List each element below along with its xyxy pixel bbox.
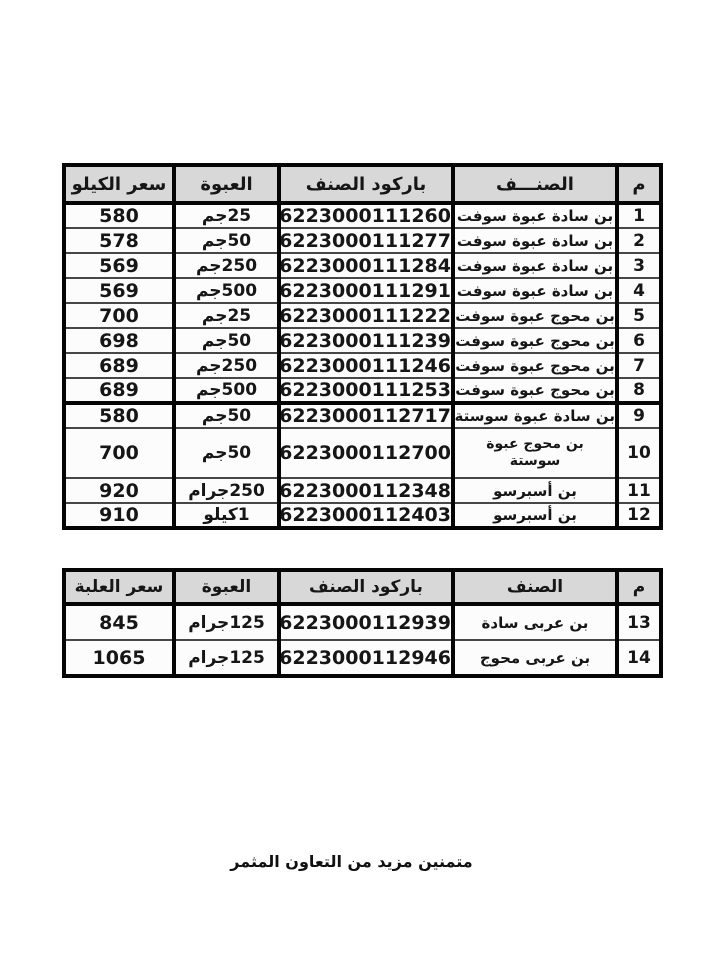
table-row: 13بن عربى سادة6223000112939125جرام845 [64, 604, 661, 640]
cell-no: 2 [617, 228, 661, 253]
cell-price: 920 [64, 478, 174, 503]
cell-pack: 50جم [174, 403, 279, 428]
cell-price: 910 [64, 503, 174, 528]
cell-price: 689 [64, 378, 174, 403]
cell-name: بن محوج عبوة سوفت [453, 353, 617, 378]
table-row: 5بن محوج عبوة سوفت622300011122225جم700 [64, 303, 661, 328]
table2-header: م الصنف باركود الصنف العبوة سعر العلبة [64, 570, 661, 604]
cell-name: بن سادة عبوة سوفت [453, 278, 617, 303]
table-row: 11بن أسبرسو6223000112348250جرام920 [64, 478, 661, 503]
header-row: م الصنـــف باركود الصنف العبوة سعر الكيل… [64, 165, 661, 203]
cell-pack: 125جرام [174, 640, 279, 676]
cell-no: 8 [617, 378, 661, 403]
cell-barcode: 6223000112348 [279, 478, 453, 503]
header-cell-barcode: باركود الصنف [279, 570, 453, 604]
table1-block-soft: 1بن سادة عبوة سوفت622300011126025جم5802ب… [64, 203, 661, 403]
cell-no: 1 [617, 203, 661, 228]
table-row: 8بن محوج عبوة سوفت6223000111253500جم689 [64, 378, 661, 403]
table-row: 4بن سادة عبوة سوفت6223000111291500جم569 [64, 278, 661, 303]
table-row: 6بن محوج عبوة سوفت622300011123950جم698 [64, 328, 661, 353]
cell-barcode: 6223000111284 [279, 253, 453, 278]
cell-barcode: 6223000111291 [279, 278, 453, 303]
cell-price: 580 [64, 403, 174, 428]
header-cell-name: الصنف [453, 570, 617, 604]
cell-price: 698 [64, 328, 174, 353]
cell-name: بن أسبرسو [453, 478, 617, 503]
cell-price: 580 [64, 203, 174, 228]
cell-price: 700 [64, 303, 174, 328]
cell-no: 9 [617, 403, 661, 428]
cell-barcode: 6223000111239 [279, 328, 453, 353]
cell-no: 14 [617, 640, 661, 676]
cell-barcode: 6223000112700 [279, 428, 453, 478]
cell-price: 569 [64, 253, 174, 278]
cell-pack: 25جم [174, 203, 279, 228]
cell-barcode: 6223000112717 [279, 403, 453, 428]
cell-name: بن محوج عبوة سوفت [453, 378, 617, 403]
table-row: 2بن سادة عبوة سوفت622300011127750جم578 [64, 228, 661, 253]
cell-price: 700 [64, 428, 174, 478]
header-cell-barcode: باركود الصنف [279, 165, 453, 203]
cell-name: بن سادة عبوة سوستة [453, 403, 617, 428]
header-cell-no: م [617, 570, 661, 604]
cell-name: بن محوج عبوة سوفت [453, 328, 617, 353]
cell-name: بن عربى سادة [453, 604, 617, 640]
table-row: 9بن سادة عبوة سوستة622300011271750جم580 [64, 403, 661, 428]
page: م الصنـــف باركود الصنف العبوة سعر الكيل… [0, 0, 703, 954]
cell-no: 3 [617, 253, 661, 278]
cell-name: بن سادة عبوة سوفت [453, 253, 617, 278]
cell-name: بن سادة عبوة سوفت [453, 203, 617, 228]
cell-no: 12 [617, 503, 661, 528]
cell-barcode: 6223000111277 [279, 228, 453, 253]
header-cell-pack: العبوة [174, 570, 279, 604]
cell-barcode: 6223000112946 [279, 640, 453, 676]
cell-barcode: 6223000111253 [279, 378, 453, 403]
cell-barcode: 6223000111260 [279, 203, 453, 228]
header-cell-price: سعر العلبة [64, 570, 174, 604]
cell-no: 5 [617, 303, 661, 328]
header-cell-price: سعر الكيلو [64, 165, 174, 203]
cell-name: بن عربى محوج [453, 640, 617, 676]
cell-pack: 50جم [174, 328, 279, 353]
cell-pack: 500جم [174, 278, 279, 303]
cell-barcode: 6223000112403 [279, 503, 453, 528]
cell-pack: 25جم [174, 303, 279, 328]
table-row: 1بن سادة عبوة سوفت622300011126025جم580 [64, 203, 661, 228]
cell-no: 4 [617, 278, 661, 303]
table1-header: م الصنـــف باركود الصنف العبوة سعر الكيل… [64, 165, 661, 203]
table-row: 12بن أسبرسو62230001124031كيلو910 [64, 503, 661, 528]
cell-barcode: 6223000112939 [279, 604, 453, 640]
footer-note: متمنين مزيد من التعاون المثمر [0, 852, 703, 871]
cell-pack: 50جم [174, 228, 279, 253]
table1-block-sosta-espresso: 9بن سادة عبوة سوستة622300011271750جم5801… [64, 403, 661, 528]
cell-no: 7 [617, 353, 661, 378]
cell-pack: 500جم [174, 378, 279, 403]
table2-block-arabic-coffee: 13بن عربى سادة6223000112939125جرام84514ب… [64, 604, 661, 676]
cell-no: 11 [617, 478, 661, 503]
header-cell-pack: العبوة [174, 165, 279, 203]
cell-no: 6 [617, 328, 661, 353]
table-row: 14بن عربى محوج6223000112946125جرام1065 [64, 640, 661, 676]
cell-name: بن أسبرسو [453, 503, 617, 528]
cell-name: بن سادة عبوة سوفت [453, 228, 617, 253]
cell-no: 10 [617, 428, 661, 478]
cell-pack: 125جرام [174, 604, 279, 640]
header-cell-no: م [617, 165, 661, 203]
table-row: 7بن محوج عبوة سوفت6223000111246250جم689 [64, 353, 661, 378]
cell-pack: 250جم [174, 353, 279, 378]
table-row: 10بن محوج عبوة سوستة622300011270050جم700 [64, 428, 661, 478]
cell-pack: 1كيلو [174, 503, 279, 528]
cell-pack: 250جرام [174, 478, 279, 503]
cell-price: 1065 [64, 640, 174, 676]
cell-pack: 50جم [174, 428, 279, 478]
cell-price: 689 [64, 353, 174, 378]
cell-barcode: 6223000111246 [279, 353, 453, 378]
cell-price: 845 [64, 604, 174, 640]
cell-name: بن محوج عبوة سوفت [453, 303, 617, 328]
table-row: 3بن سادة عبوة سوفت6223000111284250جم569 [64, 253, 661, 278]
header-cell-name: الصنـــف [453, 165, 617, 203]
cell-name: بن محوج عبوة سوستة [453, 428, 617, 478]
price-table-per-box: م الصنف باركود الصنف العبوة سعر العلبة 1… [62, 568, 663, 678]
cell-barcode: 6223000111222 [279, 303, 453, 328]
price-table-per-kilo: م الصنـــف باركود الصنف العبوة سعر الكيل… [62, 163, 663, 530]
cell-price: 578 [64, 228, 174, 253]
header-row: م الصنف باركود الصنف العبوة سعر العلبة [64, 570, 661, 604]
cell-no: 13 [617, 604, 661, 640]
cell-price: 569 [64, 278, 174, 303]
cell-pack: 250جم [174, 253, 279, 278]
